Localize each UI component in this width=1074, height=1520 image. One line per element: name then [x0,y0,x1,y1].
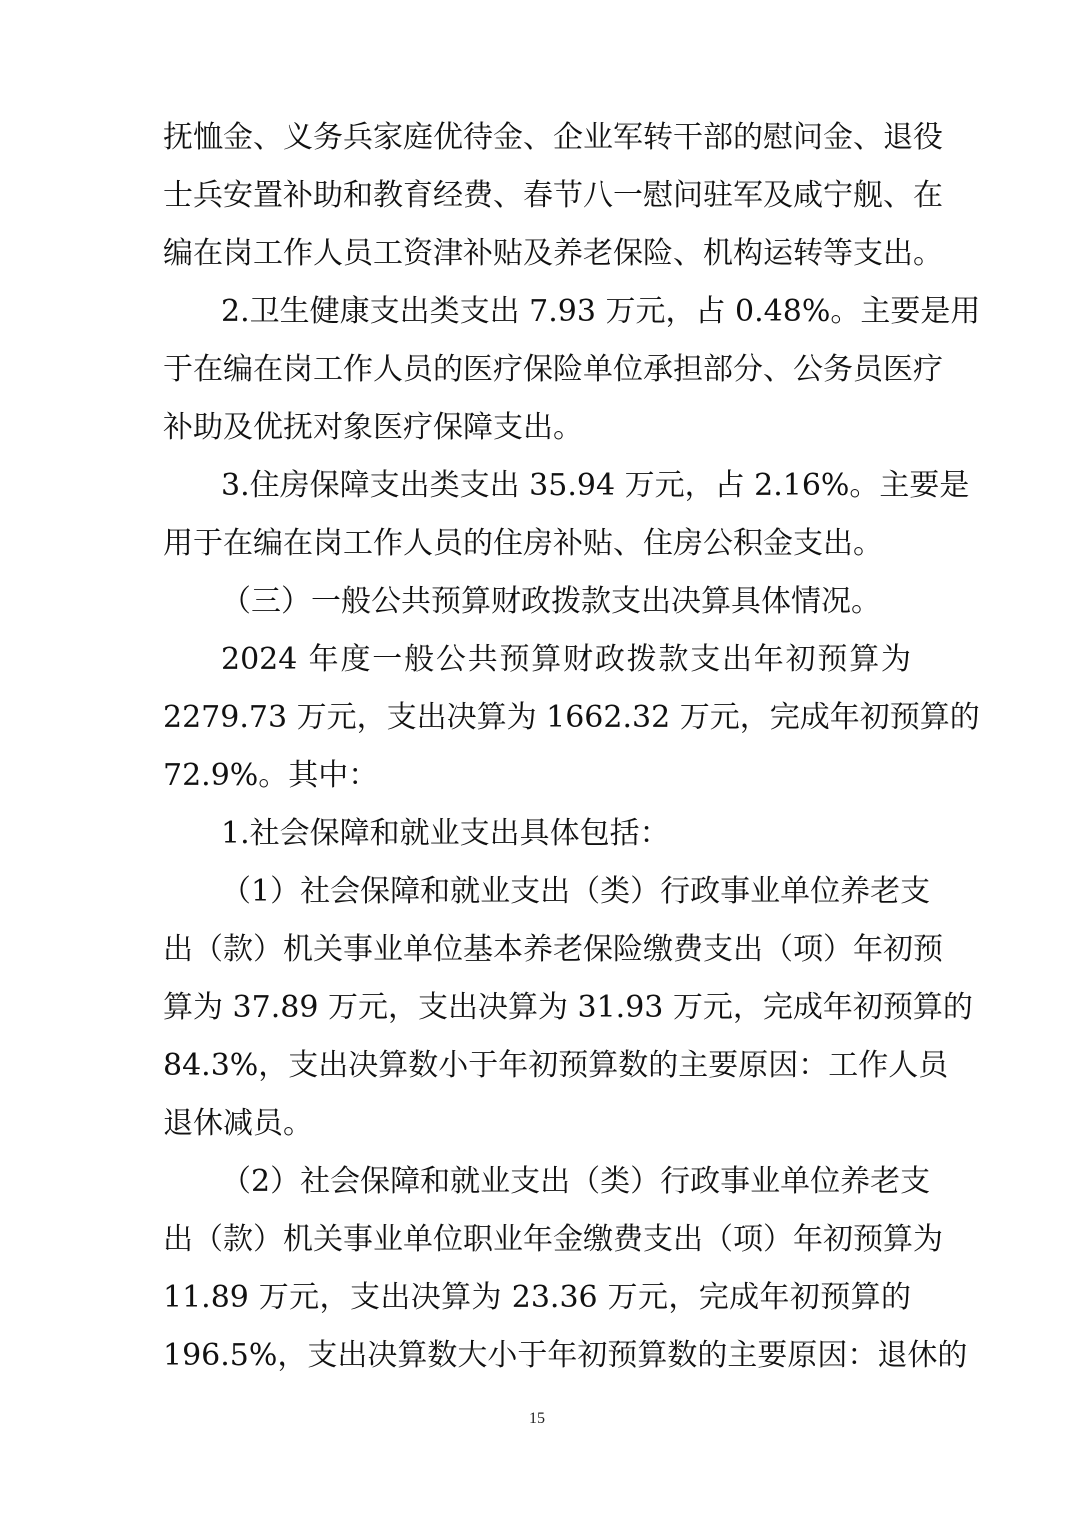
text-line: 算为 37.89 万元，支出决算为 31.93 万元，完成年初预算的 [163,986,911,1030]
text-line: （1）社会保障和就业支出（类）行政事业单位养老支 [221,870,911,914]
text-line: 编在岗工作人员工资津补贴及养老保险、机构运转等支出。 [163,232,911,276]
text-line: （三）一般公共预算财政拨款支出决算具体情况。 [221,580,911,624]
text-line: （2）社会保障和就业支出（类）行政事业单位养老支 [221,1160,911,1204]
text-line: 补助及优抚对象医疗保障支出。 [163,406,911,450]
text-line: 196.5%，支出决算数大小于年初预算数的主要原因：退休的 [163,1334,911,1378]
text-line: 11.89 万元，支出决算为 23.36 万元，完成年初预算的 [163,1276,911,1320]
text-line: 退休减员。 [163,1102,911,1146]
text-line: 2279.73 万元，支出决算为 1662.32 万元，完成年初预算的 [163,696,911,740]
text-line: 出（款）机关事业单位基本养老保险缴费支出（项）年初预 [163,928,911,972]
text-line: 3.住房保障支出类支出 35.94 万元，占 2.16%。主要是 [221,464,911,508]
page-number: 15 [0,1410,1074,1428]
text-line: 1.社会保障和就业支出具体包括： [221,812,911,856]
text-line: 2.卫生健康支出类支出 7.93 万元，占 0.48%。主要是用 [221,290,911,334]
text-line: 于在编在岗工作人员的医疗保险单位承担部分、公务员医疗 [163,348,911,392]
text-line: 用于在编在岗工作人员的住房补贴、住房公积金支出。 [163,522,911,566]
text-line: 72.9%。其中： [163,754,911,798]
text-line: 2024 年度一般公共预算财政拨款支出年初预算为 [221,638,911,682]
text-line: 士兵安置补助和教育经费、春节八一慰问驻军及咸宁舰、在 [163,174,911,218]
text-line: 84.3%，支出决算数小于年初预算数的主要原因：工作人员 [163,1044,911,1088]
text-line: 抚恤金、义务兵家庭优待金、企业军转干部的慰问金、退役 [163,116,911,160]
text-line: 出（款）机关事业单位职业年金缴费支出（项）年初预算为 [163,1218,911,1262]
